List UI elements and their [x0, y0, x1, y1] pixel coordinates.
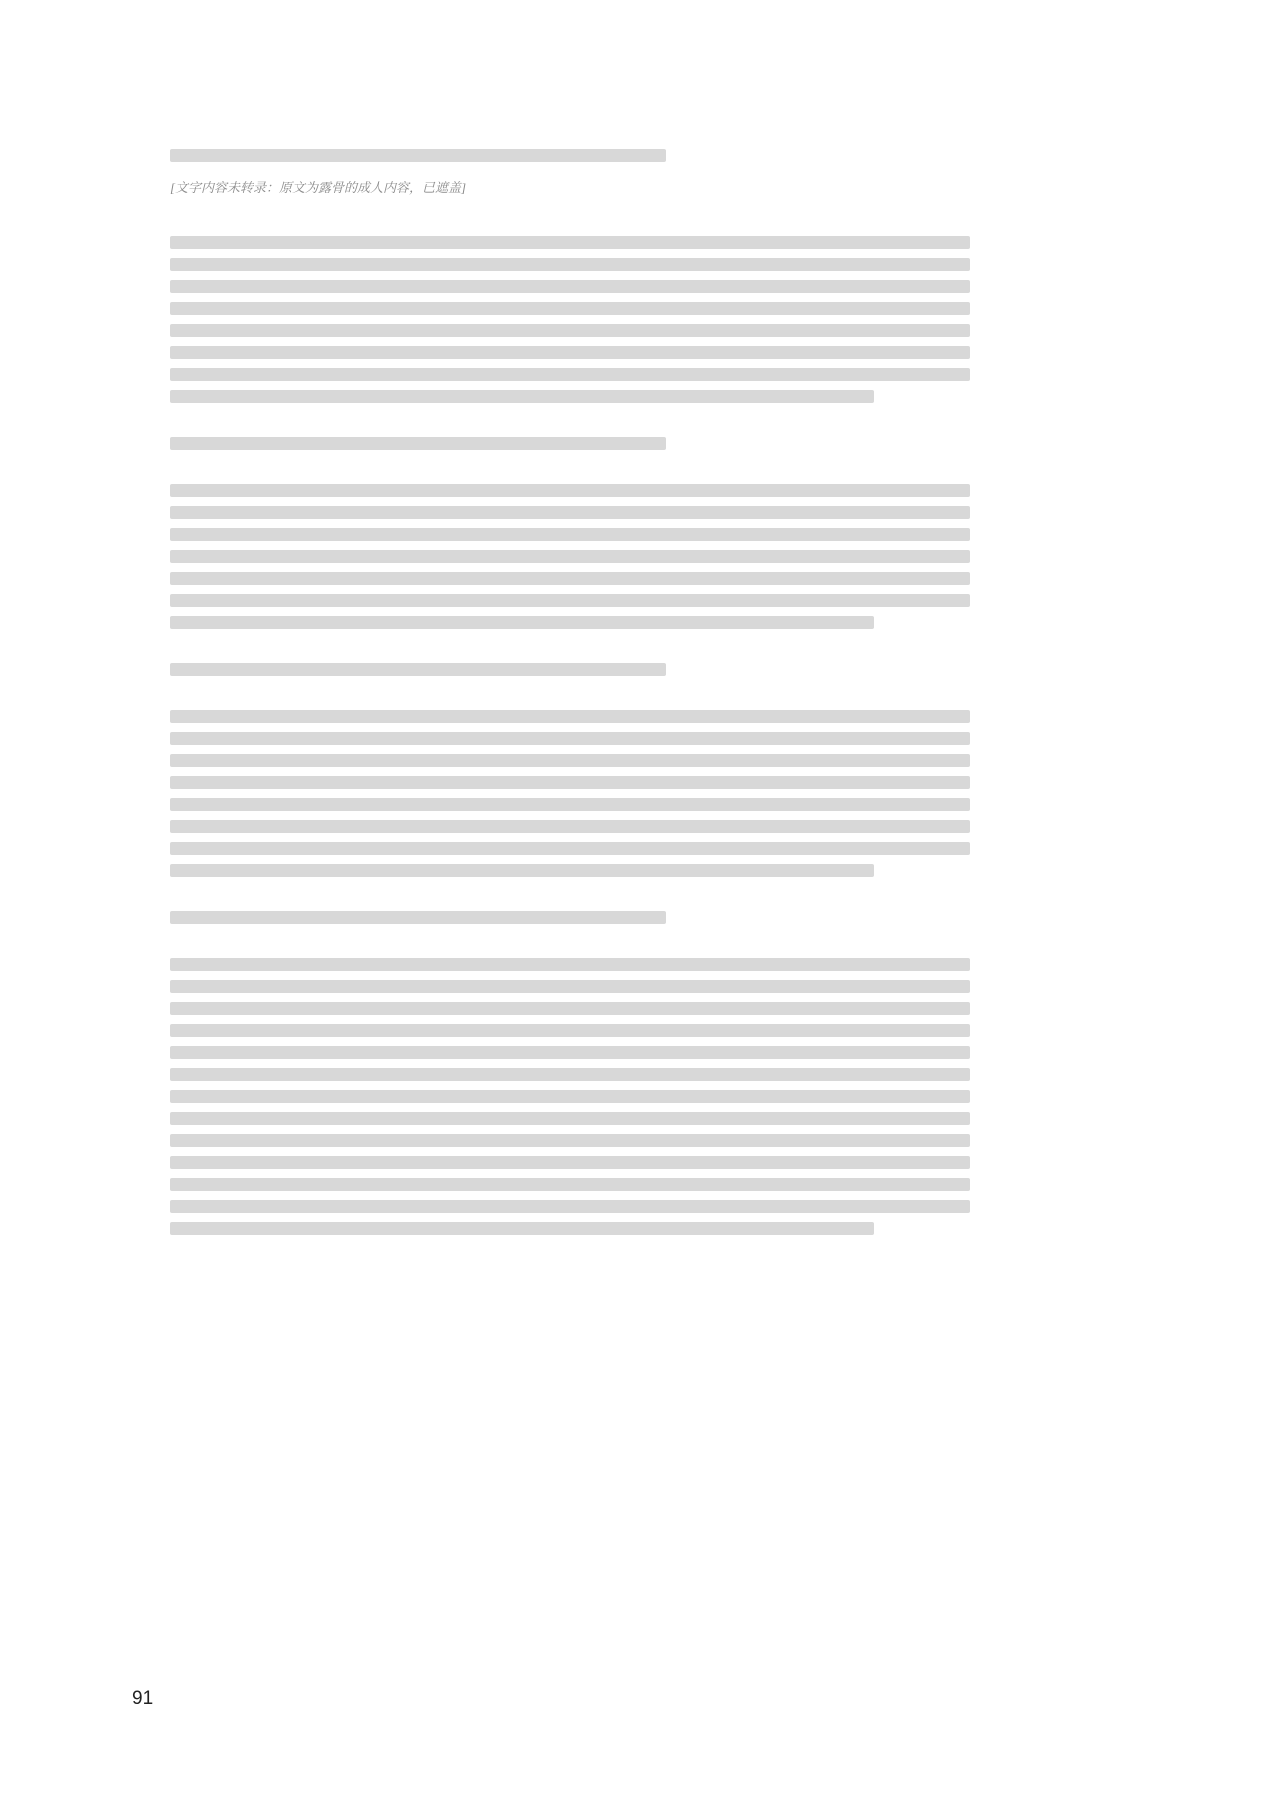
- redacted-line: [170, 550, 970, 563]
- body-paragraph: [170, 958, 970, 1235]
- dialogue-line: [170, 437, 970, 450]
- body-paragraph: [170, 710, 970, 877]
- redacted-text-bars: [170, 911, 970, 924]
- redaction-note: [文字内容未转录：原文为露骨的成人内容，已遮盖]: [170, 176, 466, 200]
- redacted-line: [170, 324, 970, 337]
- redacted-line: [170, 437, 666, 450]
- redacted-line: [170, 980, 970, 993]
- redacted-line: [170, 506, 970, 519]
- redacted-line: [170, 1002, 970, 1015]
- redacted-line: [170, 663, 666, 676]
- redacted-line: [170, 616, 874, 629]
- document-page: [文字内容未转录：原文为露骨的成人内容，已遮盖] 91: [0, 0, 1280, 1810]
- redacted-line: [170, 1178, 970, 1191]
- dialogue-line: [170, 911, 970, 924]
- redacted-line: [170, 1200, 970, 1213]
- redacted-line: [170, 958, 970, 971]
- redacted-line: [170, 390, 874, 403]
- redacted-line: [170, 484, 970, 497]
- redacted-text-bars: [170, 236, 970, 403]
- redacted-line: [170, 1134, 970, 1147]
- redacted-line: [170, 346, 970, 359]
- redacted-line: [170, 1068, 970, 1081]
- redacted-line: [170, 280, 970, 293]
- redacted-line: [170, 911, 666, 924]
- redacted-text-bars: [170, 958, 970, 1235]
- redacted-line: [170, 776, 970, 789]
- redacted-text-bars: [170, 710, 970, 877]
- page-number: 91: [132, 1688, 153, 1710]
- redacted-text-bars: [170, 484, 970, 629]
- body-paragraph: [170, 236, 970, 403]
- redacted-line: [170, 1112, 970, 1125]
- redacted-line: [170, 732, 970, 745]
- redacted-text-bars: [170, 149, 970, 162]
- redacted-line: [170, 1222, 874, 1235]
- redacted-text-bars: [170, 663, 970, 676]
- redacted-line: [170, 1156, 970, 1169]
- redacted-line: [170, 236, 970, 249]
- redacted-line: [170, 1046, 970, 1059]
- redacted-line: [170, 572, 970, 585]
- text-content: [文字内容未转录：原文为露骨的成人内容，已遮盖]: [170, 140, 970, 1269]
- redacted-line: [170, 754, 970, 767]
- redacted-line: [170, 368, 970, 381]
- redacted-line: [170, 258, 970, 271]
- redacted-line: [170, 149, 666, 162]
- redacted-line: [170, 1090, 970, 1103]
- redacted-line: [170, 594, 970, 607]
- redacted-line: [170, 864, 874, 877]
- body-paragraph: [170, 484, 970, 629]
- redacted-line: [170, 1024, 970, 1037]
- redacted-line: [170, 528, 970, 541]
- redacted-line: [170, 710, 970, 723]
- redacted-line: [170, 798, 970, 811]
- redacted-line: [170, 820, 970, 833]
- redacted-text-bars: [170, 437, 970, 450]
- redacted-line: [170, 842, 970, 855]
- dialogue-line: [文字内容未转录：原文为露骨的成人内容，已遮盖]: [170, 149, 970, 202]
- redacted-line: [170, 302, 970, 315]
- dialogue-line: [170, 663, 970, 676]
